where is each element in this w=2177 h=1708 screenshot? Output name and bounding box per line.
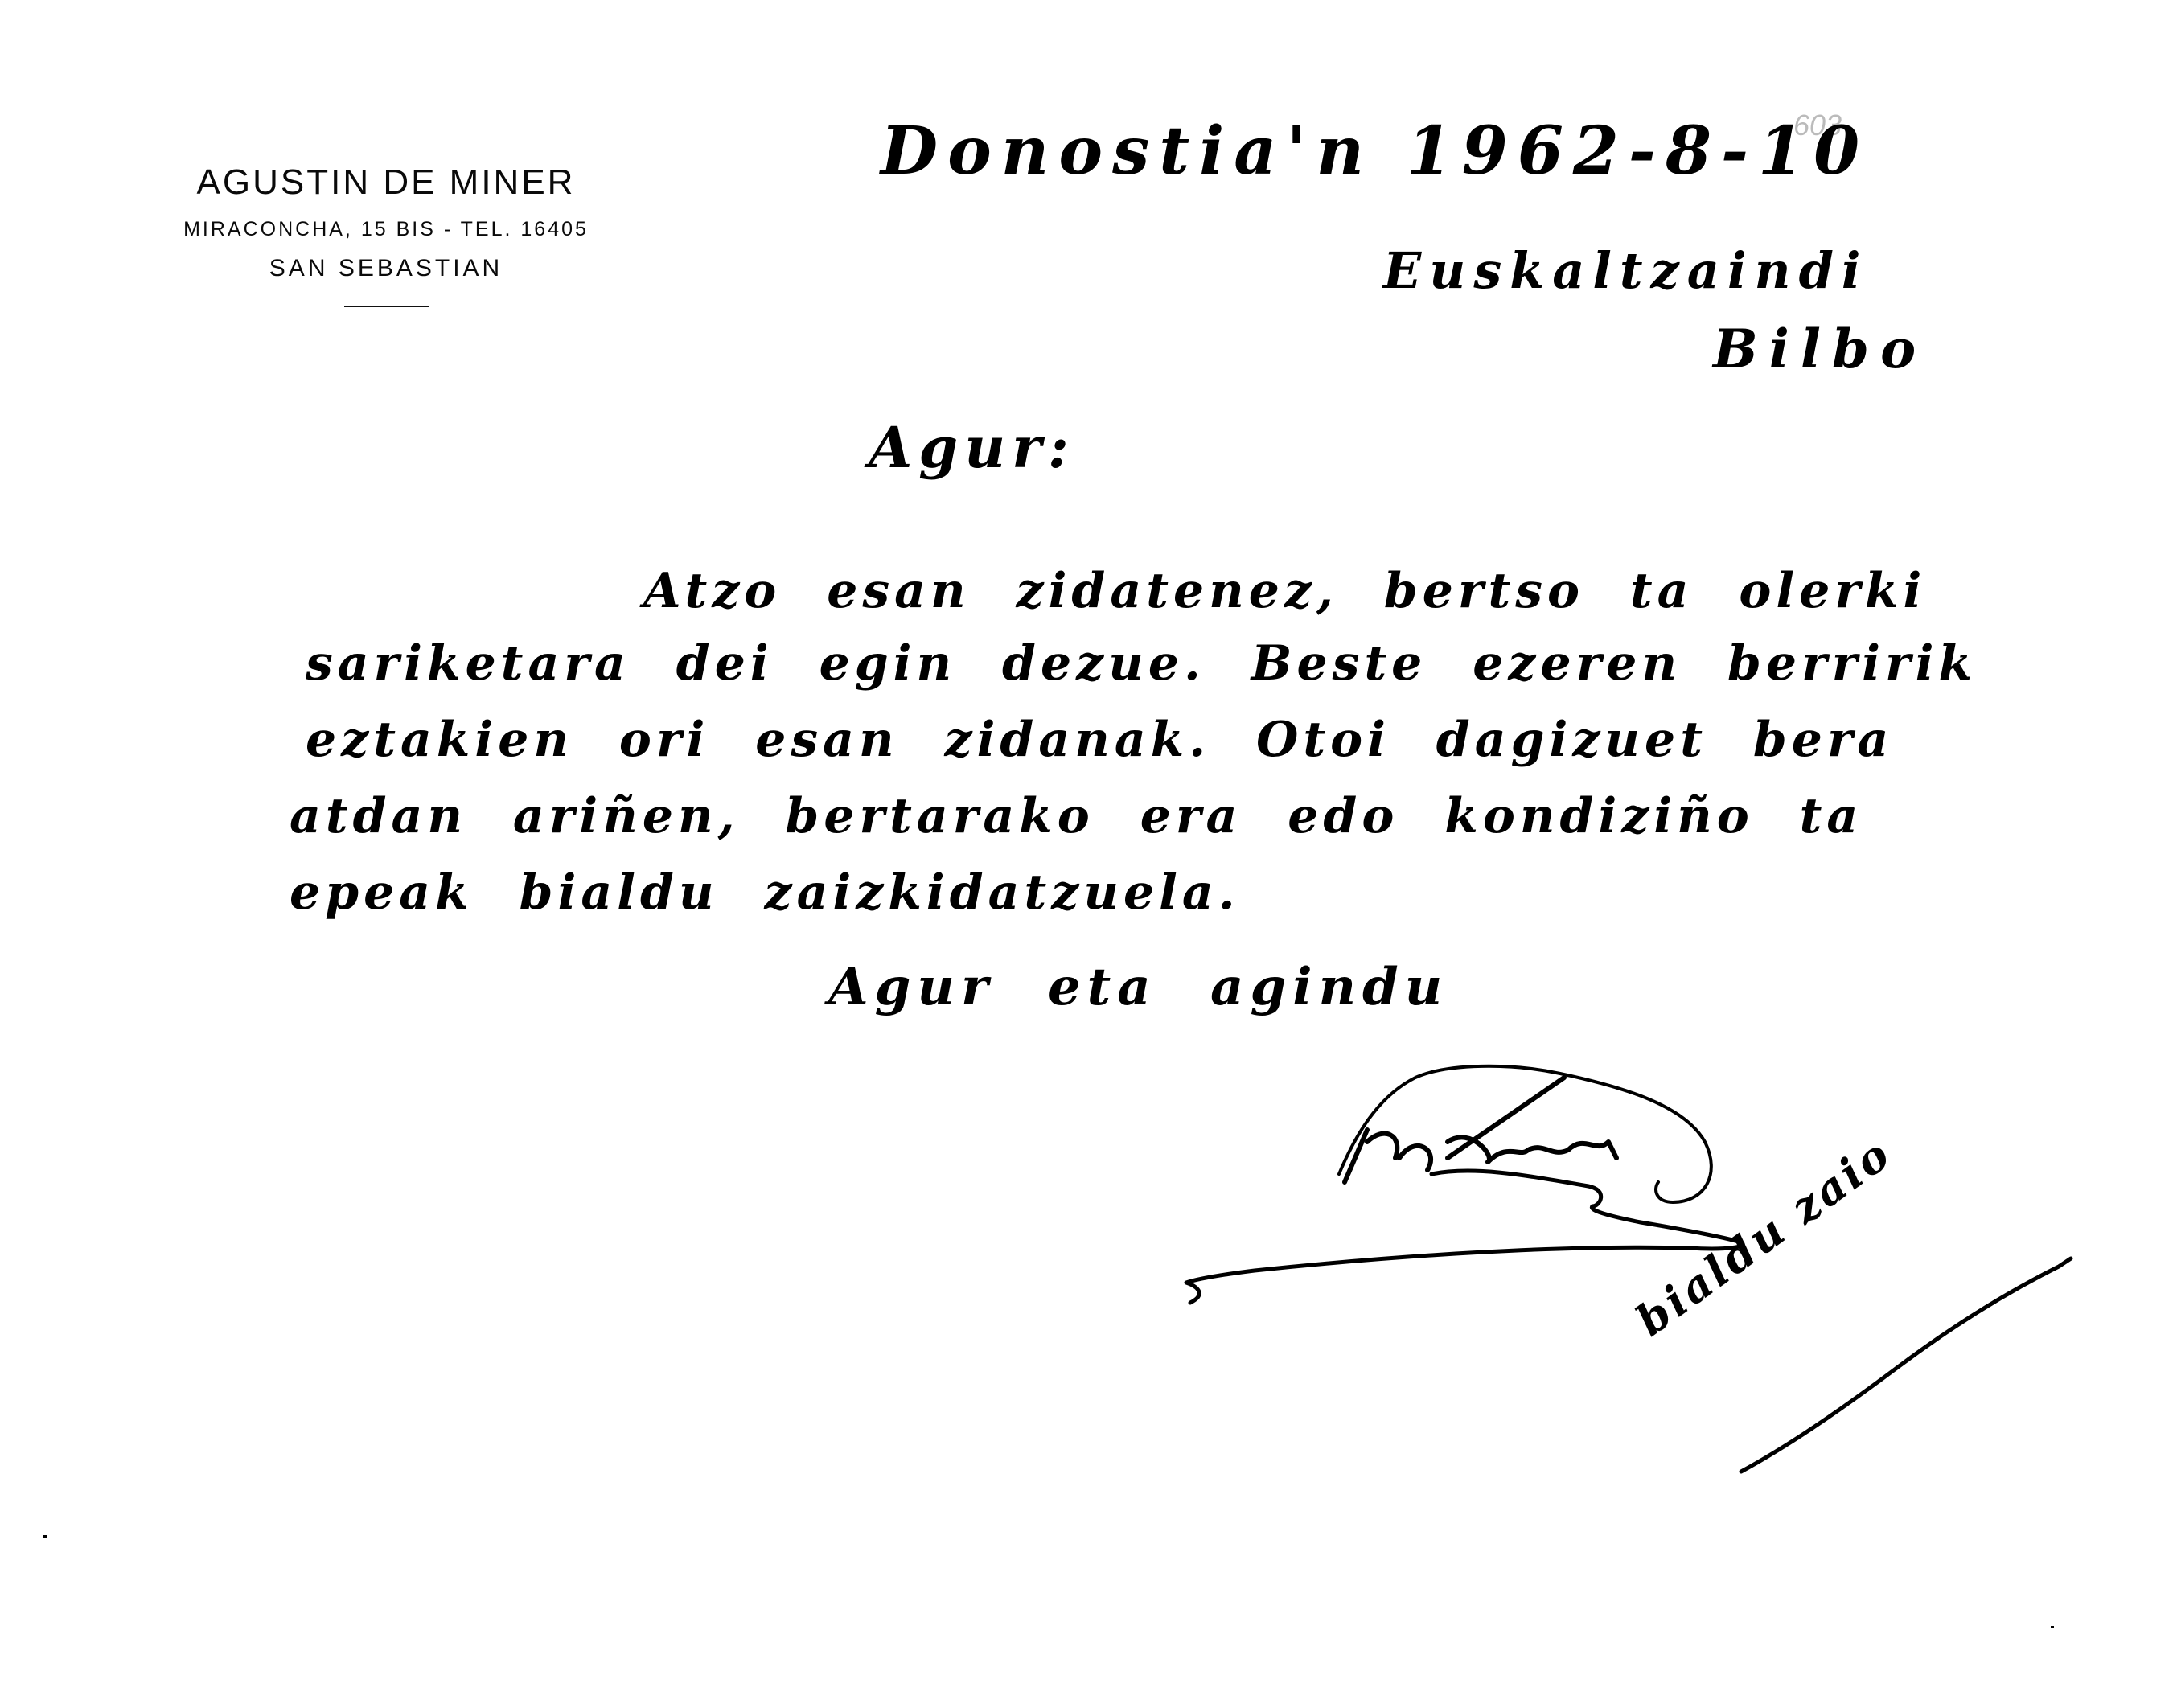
body-line-2: sariketara dei egin dezue. Beste ezeren … [306,635,1977,692]
letterhead-name: AGUSTIN DE MINER [121,161,651,204]
signature-icon [1186,1066,1743,1303]
body-line-5: epeak bialdu zaizkidatzuela. [290,864,1240,921]
annotation-note: bialdu zaio [1626,1127,1901,1346]
body-line-3: eztakien ori esan zidanak. Otoi dagizuet… [306,712,1893,768]
letterhead: AGUSTIN DE MINER MIRACONCHA, 15 BIS - TE… [121,161,651,307]
place-date: Donostia'n 1962-8-10 [881,113,1869,190]
closing: Agur eta agindu [828,957,1448,1017]
underline-stroke-icon [1741,1258,2071,1472]
recipient-line-1: Euskaltzaindi [1383,241,1868,300]
speck-icon [2051,1626,2054,1628]
letterhead-rule [344,306,429,307]
salutation: Agur: [869,414,1075,481]
speck-icon [43,1535,47,1538]
body-line-1: Atzo esan zidatenez, bertso ta olerki [643,563,1926,619]
letter-page: AGUSTIN DE MINER MIRACONCHA, 15 BIS - TE… [0,0,2177,1708]
body-line-4: atdan ariñen, bertarako era edo kondiziñ… [290,788,1863,844]
letterhead-city: SAN SEBASTIAN [121,253,651,285]
letterhead-address: MIRACONCHA, 15 BIS - TEL. 16405 [121,216,651,243]
recipient-line-2: Bilbo [1713,318,1927,380]
